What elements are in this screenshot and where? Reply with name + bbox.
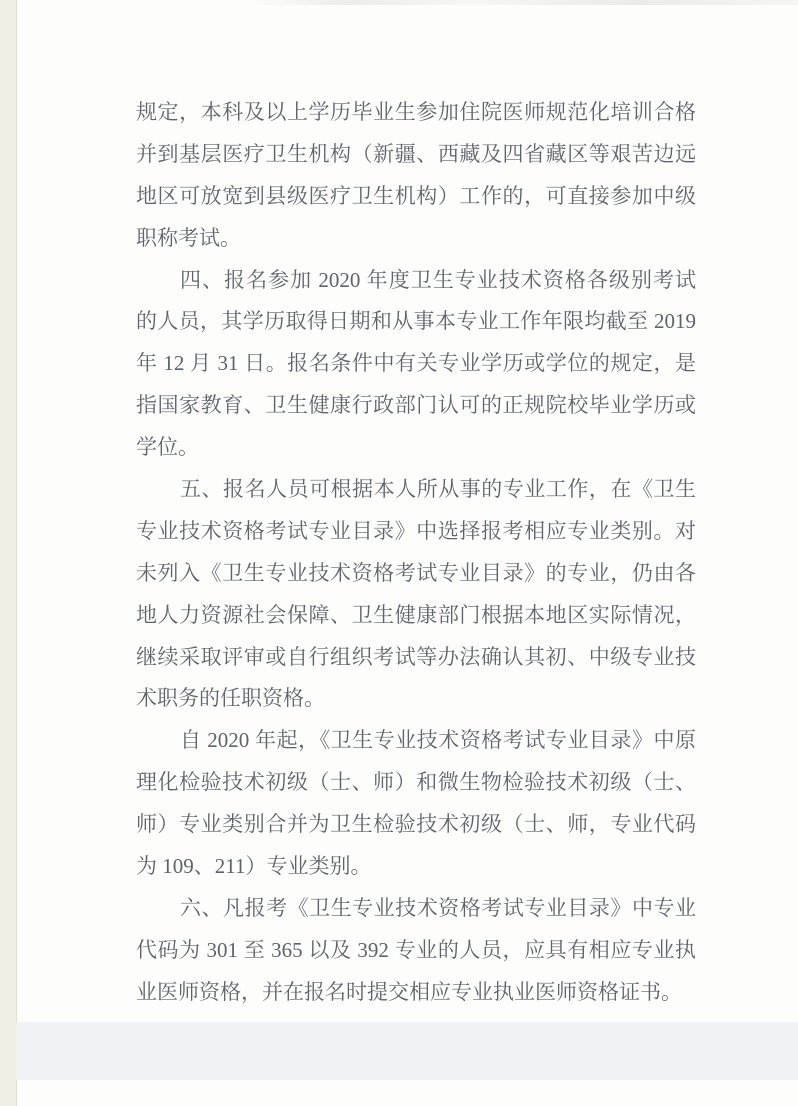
text-line: 年 12 月 31 日。报名条件中有关专业学历或学位的规定，是 <box>136 343 696 385</box>
text-line: 指国家教育、卫生健康行政部门认可的正规院校毕业学历或 <box>136 385 696 427</box>
scan-top-artifact <box>250 0 798 5</box>
text-line: 并到基层医疗卫生机构（新疆、西藏及四省藏区等艰苦边远 <box>136 134 696 176</box>
paragraph-1: 规定，本科及以上学历毕业生参加住院医师规范化培训合格并到基层医疗卫生机构（新疆、… <box>136 92 696 260</box>
text-line: 的人员，其学历取得日期和从事本专业工作年限均截至 2019 <box>136 301 696 343</box>
text-line: 理化检验技术初级（士、师）和微生物检验技术初级（士、 <box>136 762 696 804</box>
text-line: 学位。 <box>136 427 696 469</box>
text-line: 师）专业类别合并为卫生检验技术初级（士、师，专业代码 <box>136 804 696 846</box>
text-line: 五、报名人员可根据本人所从事的专业工作，在《卫生 <box>136 469 696 511</box>
paragraph-2: 四、报名参加 2020 年度卫生专业技术资格各级别考试的人员，其学历取得日期和从… <box>136 260 696 469</box>
text-line: 自 2020 年起，《卫生专业技术资格考试专业目录》中原 <box>136 720 696 762</box>
text-line: 四、报名参加 2020 年度卫生专业技术资格各级别考试 <box>136 260 696 302</box>
text-line: 为 109、211）专业类别。 <box>136 846 696 888</box>
document-body-text: 规定，本科及以上学历毕业生参加住院医师规范化培训合格并到基层医疗卫生机构（新疆、… <box>136 92 696 1014</box>
text-line: 未列入《卫生专业技术资格考试专业目录》的专业，仍由各 <box>136 553 696 595</box>
scan-bottom-artifact <box>16 1022 798 1080</box>
text-line: 业医师资格，并在报名时提交相应专业执业医师资格证书。 <box>136 972 696 1014</box>
text-line: 代码为 301 至 365 以及 392 专业的人员，应具有相应专业执 <box>136 930 696 972</box>
paragraph-5: 六、凡报考《卫生专业技术资格考试专业目录》中专业代码为 301 至 365 以及… <box>136 888 696 1014</box>
text-line: 专业技术资格考试专业目录》中选择报考相应专业类别。对 <box>136 511 696 553</box>
paragraph-4: 自 2020 年起，《卫生专业技术资格考试专业目录》中原理化检验技术初级（士、师… <box>136 720 696 888</box>
scan-left-edge-strip <box>0 0 17 1106</box>
text-line: 规定，本科及以上学历毕业生参加住院医师规范化培训合格 <box>136 92 696 134</box>
document-page: 规定，本科及以上学历毕业生参加住院医师规范化培训合格并到基层医疗卫生机构（新疆、… <box>0 0 798 1106</box>
text-line: 继续采取评审或自行组织考试等办法确认其初、中级专业技 <box>136 637 696 679</box>
text-line: 地人力资源社会保障、卫生健康部门根据本地区实际情况， <box>136 595 696 637</box>
text-line: 地区可放宽到县级医疗卫生机构）工作的，可直接参加中级 <box>136 176 696 218</box>
paragraph-3: 五、报名人员可根据本人所从事的专业工作，在《卫生专业技术资格考试专业目录》中选择… <box>136 469 696 720</box>
text-line: 职称考试。 <box>136 218 696 260</box>
text-line: 术职务的任职资格。 <box>136 678 696 720</box>
text-line: 六、凡报考《卫生专业技术资格考试专业目录》中专业 <box>136 888 696 930</box>
